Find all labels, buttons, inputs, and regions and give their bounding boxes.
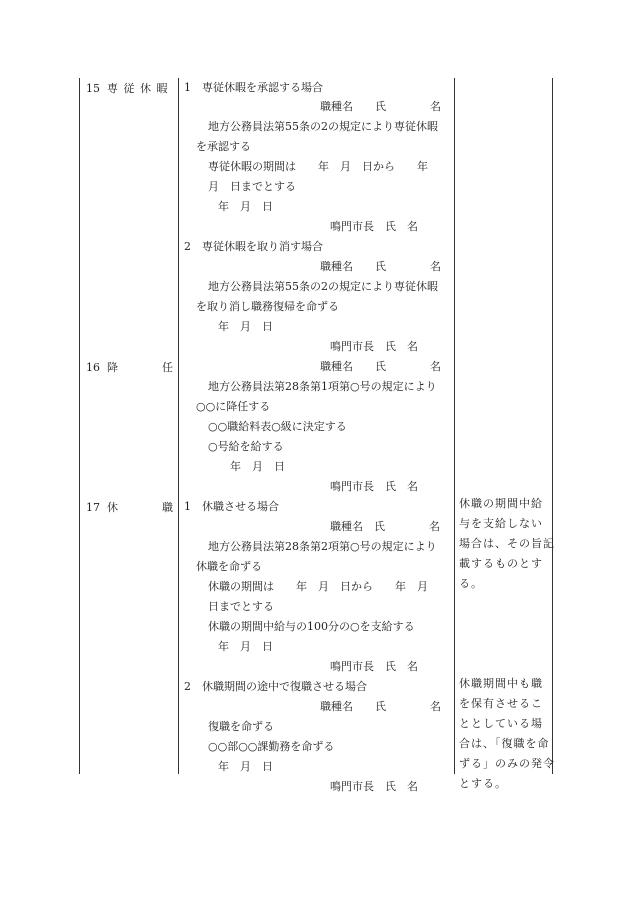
remark-line: 休職の期間中給 [459,497,543,511]
column-divider-2 [454,78,455,774]
content-line: 2 休職期間の途中で復職させる場合 [184,680,367,694]
content-line: 職種名 氏 名 [320,360,441,374]
table-right-border [552,78,553,774]
content-line: 職種名 氏 名 [330,520,440,534]
table-left-border [79,78,80,774]
content-line: 休職を命ずる [196,560,262,574]
content-line: 休職の期間中給与の100分の○を支給する [208,620,415,634]
content-line: 職種名 氏 名 [320,700,441,714]
content-line: 年 月 日 [230,460,285,474]
remark-line: とする。 [459,777,507,791]
content-line: 地方公務員法第55条の2の規定により専従休暇 [208,120,438,134]
remark-line: ととしている場 [459,717,543,731]
content-line: を承認する [196,140,251,154]
content-line: を取り消し職務復帰を命ずる [196,300,339,314]
content-line: 地方公務員法第55条の2の規定により専従休暇 [208,280,438,294]
content-line: 1 専従休暇を承認する場合 [184,81,323,95]
content-line: 年 月 日 [218,320,273,334]
content-line: ○○職給料表○級に決定する [208,420,347,434]
row-title: 降 任 [107,361,173,375]
content-line: 休職の期間は 年 月 日から 年 月 [208,580,428,594]
remark-line: 休職期間中も職 [459,677,543,691]
content-line: ○○に降任する [196,400,270,414]
remark-line: を保有させるこ [459,697,543,711]
content-line: 職種名 氏 名 [320,100,441,114]
content-line: 1 休職させる場合 [184,500,279,514]
content-line: 月 日までとする [208,180,296,194]
remark-line: ずる」のみの発令 [459,757,555,771]
content-line: ○○部○○課勤務を命ずる [208,740,334,754]
row-title: 専 従 休 暇 [107,82,169,96]
content-line: 復職を命ずる [208,720,274,734]
row-number: 17 [86,501,100,515]
content-line: 鳴門市長 氏 名 [330,780,418,794]
content-line: 鳴門市長 氏 名 [330,340,418,354]
row-number: 16 [86,361,100,375]
content-line: 年 月 日 [218,760,273,774]
content-line: 2 専従休暇を取り消す場合 [184,240,323,254]
content-line: 地方公務員法第28条第1項第○号の規定により [208,380,437,394]
content-line: 職種名 氏 名 [320,260,441,274]
row-title: 休 職 [107,501,173,515]
content-line: 鳴門市長 氏 名 [330,660,418,674]
remark-line: 合は、「復職を命 [459,737,550,751]
content-line: 地方公務員法第28条第2項第○号の規定により [208,540,437,554]
content-line: 日までとする [208,600,274,614]
remark-line: 与を支給しない [459,517,543,531]
remark-line: 載するものとす [459,557,543,571]
row-number: 15 [86,82,100,96]
remark-line: る。 [459,577,483,591]
column-divider-1 [178,78,179,774]
remark-line: 場合は、その旨記 [459,537,555,551]
content-line: 鳴門市長 氏 名 [330,220,418,234]
content-line: 鳴門市長 氏 名 [330,480,418,494]
content-line: 年 月 日 [218,640,273,654]
content-line: 年 月 日 [218,200,273,214]
content-line: ○号給を給する [208,440,284,454]
content-line: 専従休暇の期間は 年 月 日から 年 [208,160,428,174]
